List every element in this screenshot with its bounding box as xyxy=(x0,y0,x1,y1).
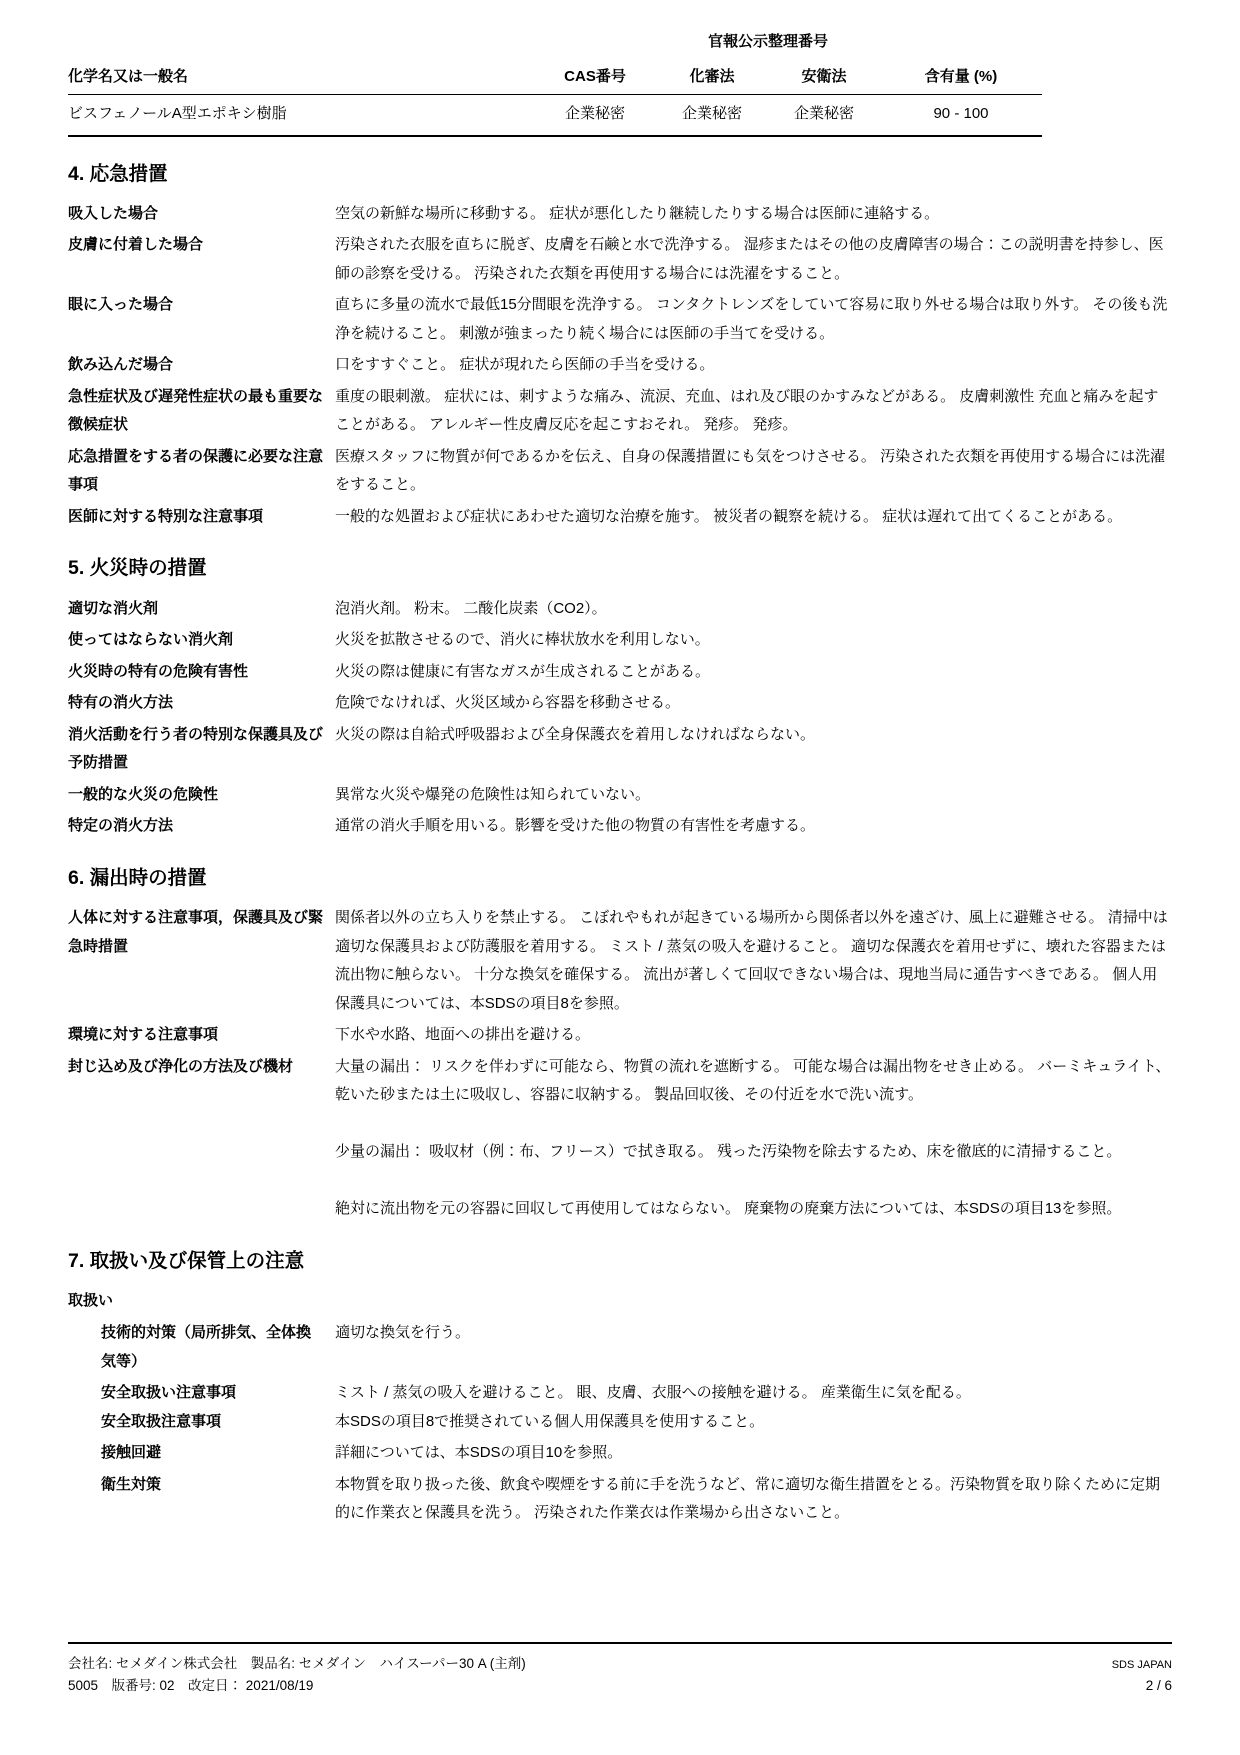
row-value: 火災の際は健康に有害なガスが生成されることがある。 xyxy=(335,658,1172,687)
gazette-header-row: 官報公示整理番号 xyxy=(68,28,1042,65)
footer-doc-revision: 5005 版番号: 02 改定日： 2021/08/19 xyxy=(68,1675,313,1697)
row-value: 適切な換気を行う。 xyxy=(335,1319,1172,1376)
column-cas: CAS番号 xyxy=(534,65,656,89)
sds-row: 封じ込め及び浄化の方法及び機材 大量の漏出： リスクを伴わずに可能なら、物質の流… xyxy=(68,1053,1172,1224)
row-value: 危険でなければ、火災区域から容器を移動させる。 xyxy=(335,689,1172,718)
sds-row: 消火活動を行う者の特別な保護具及び予防措置 火災の際は自給式呼吸器および全身保護… xyxy=(68,721,1172,778)
column-content: 含有量 (%) xyxy=(880,65,1042,89)
table-row: ビスフェノールA型エポキシ樹脂 企業秘密 企業秘密 企業秘密 90 - 100 xyxy=(68,95,1042,137)
sds-row: 接触回避 詳細については、本SDSの項目10を参照。 xyxy=(68,1439,1172,1468)
sds-row: 皮膚に付着した場合 汚染された衣服を直ちに脱ぎ、皮膚を石鹸と水で洗浄する。 湿疹… xyxy=(68,231,1172,288)
row-value: 一般的な処置および症状にあわせた適切な治療を施す。 被災者の観察を続ける。 症状… xyxy=(335,503,1172,532)
row-value: 火災を拡散させるので、消火に棒状放水を利用しない。 xyxy=(335,626,1172,655)
row-label: 特有の消火方法 xyxy=(68,689,335,718)
section-accidental-release: 6. 漏出時の措置 人体に対する注意事項，保護具及び緊急時措置 関係者以外の立ち… xyxy=(68,866,1172,1224)
row-label: 特定の消火方法 xyxy=(68,812,335,841)
row-label: 衛生対策 xyxy=(68,1471,335,1528)
row-value: 口をすすぐこと。 症状が現れたら医師の手当を受ける。 xyxy=(335,351,1172,380)
section-handling-storage: 7. 取扱い及び保管上の注意 取扱い 技術的対策（局所排気、全体換気等） 適切な… xyxy=(68,1249,1172,1528)
row-value: 空気の新鮮な場所に移動する。 症状が悪化したり継続したりする場合は医師に連絡する… xyxy=(335,200,1172,229)
sds-row: 技術的対策（局所排気、全体換気等） 適切な換気を行う。 xyxy=(68,1319,1172,1376)
sds-row: 吸入した場合 空気の新鮮な場所に移動する。 症状が悪化したり継続したりする場合は… xyxy=(68,200,1172,229)
row-label: 眼に入った場合 xyxy=(68,291,335,348)
row-label: 応急措置をする者の保護に必要な注意事項 xyxy=(68,443,335,500)
page-footer: 会社名: セメダイン株式会社 製品名: セメダイン ハイスーパー30 A (主剤… xyxy=(68,1642,1172,1696)
section-7-title: 7. 取扱い及び保管上の注意 xyxy=(68,1249,1172,1274)
section-fire-fighting: 5. 火災時の措置 適切な消火剤 泡消火剤。 粉末。 二酸化炭素（CO2）。 使… xyxy=(68,556,1172,840)
section-first-aid: 4. 応急措置 吸入した場合 空気の新鮮な場所に移動する。 症状が悪化したり継続… xyxy=(68,162,1172,532)
row-label: 火災時の特有の危険有害性 xyxy=(68,658,335,687)
row-label: 封じ込め及び浄化の方法及び機材 xyxy=(68,1053,335,1224)
sds-row: 適切な消火剤 泡消火剤。 粉末。 二酸化炭素（CO2）。 xyxy=(68,595,1172,624)
footer-company-product: 会社名: セメダイン株式会社 製品名: セメダイン ハイスーパー30 A (主剤… xyxy=(68,1653,526,1675)
footer-page-number: 2 / 6 xyxy=(1146,1675,1172,1697)
row-label: 医師に対する特別な注意事項 xyxy=(68,503,335,532)
column-chemical-name: 化学名又は一般名 xyxy=(68,65,534,89)
section-5-title: 5. 火災時の措置 xyxy=(68,556,1172,581)
row-label: 安全取扱い注意事項 安全取扱注意事項 xyxy=(68,1379,335,1436)
page-content: 官報公示整理番号 化学名又は一般名 CAS番号 化審法 安衛法 含有量 (%) … xyxy=(0,0,1240,1528)
column-anneiho: 安衛法 xyxy=(768,65,880,89)
sds-row: 一般的な火災の危険性 異常な火災や爆発の危険性は知られていない。 xyxy=(68,781,1172,810)
row-label: 技術的対策（局所排気、全体換気等） xyxy=(68,1319,335,1376)
row-label: 一般的な火災の危険性 xyxy=(68,781,335,810)
cell-cas: 企業秘密 xyxy=(534,102,656,126)
sds-row: 衛生対策 本物質を取り扱った後、飲食や喫煙をする前に手を洗うなど、常に適切な衛生… xyxy=(68,1471,1172,1528)
cell-content: 90 - 100 xyxy=(880,102,1042,126)
gazette-number-header: 官報公示整理番号 xyxy=(656,28,880,65)
sds-row: 特有の消火方法 危険でなければ、火災区域から容器を移動させる。 xyxy=(68,689,1172,718)
row-value: 下水や水路、地面への排出を避ける。 xyxy=(335,1021,1172,1050)
row-label: 吸入した場合 xyxy=(68,200,335,229)
row-value: ミスト / 蒸気の吸入を避けること。 眼、皮膚、衣服への接触を避ける。 産業衛生… xyxy=(335,1379,1172,1436)
row-value: 本物質を取り扱った後、飲食や喫煙をする前に手を洗うなど、常に適切な衛生措置をとる… xyxy=(335,1471,1172,1528)
row-label: 使ってはならない消火剤 xyxy=(68,626,335,655)
sds-document-page: 官報公示整理番号 化学名又は一般名 CAS番号 化審法 安衛法 含有量 (%) … xyxy=(0,0,1240,1755)
row-value: 大量の漏出： リスクを伴わずに可能なら、物質の流れを遮断する。 可能な場合は漏出… xyxy=(335,1053,1172,1224)
sds-row: 眼に入った場合 直ちに多量の流水で最低15分間眼を洗浄する。 コンタクトレンズを… xyxy=(68,291,1172,348)
row-label: 接触回避 xyxy=(68,1439,335,1468)
sds-row: 使ってはならない消火剤 火災を拡散させるので、消火に棒状放水を利用しない。 xyxy=(68,626,1172,655)
column-kashinho: 化審法 xyxy=(656,65,768,89)
cell-kashinho: 企業秘密 xyxy=(656,102,768,126)
composition-table: 官報公示整理番号 化学名又は一般名 CAS番号 化審法 安衛法 含有量 (%) … xyxy=(68,28,1042,137)
table-header-row: 化学名又は一般名 CAS番号 化審法 安衛法 含有量 (%) xyxy=(68,65,1042,95)
sds-row: 急性症状及び遅発性症状の最も重要な徴候症状 重度の眼刺激。 症状には、刺すような… xyxy=(68,383,1172,440)
sds-row: 飲み込んだ場合 口をすすぐこと。 症状が現れたら医師の手当を受ける。 xyxy=(68,351,1172,380)
row-label: 人体に対する注意事項，保護具及び緊急時措置 xyxy=(68,904,335,1018)
footer-sds-region: SDS JAPAN xyxy=(1112,1657,1172,1675)
sds-row: 火災時の特有の危険有害性 火災の際は健康に有害なガスが生成されることがある。 xyxy=(68,658,1172,687)
row-label: 消火活動を行う者の特別な保護具及び予防措置 xyxy=(68,721,335,778)
cell-anneiho: 企業秘密 xyxy=(768,102,880,126)
row-label: 環境に対する注意事項 xyxy=(68,1021,335,1050)
sds-row: 医師に対する特別な注意事項 一般的な処置および症状にあわせた適切な治療を施す。 … xyxy=(68,503,1172,532)
row-value: 火災の際は自給式呼吸器および全身保護衣を着用しなければならない。 xyxy=(335,721,1172,778)
cell-chemical-name: ビスフェノールA型エポキシ樹脂 xyxy=(68,102,534,126)
section-6-title: 6. 漏出時の措置 xyxy=(68,866,1172,891)
row-value: 泡消火剤。 粉末。 二酸化炭素（CO2）。 xyxy=(335,595,1172,624)
sds-row: 応急措置をする者の保護に必要な注意事項 医療スタッフに物質が何であるかを伝え、自… xyxy=(68,443,1172,500)
sds-row: 人体に対する注意事項，保護具及び緊急時措置 関係者以外の立ち入りを禁止する。 こ… xyxy=(68,904,1172,1018)
row-value: 異常な火災や爆発の危険性は知られていない。 xyxy=(335,781,1172,810)
handling-subheader: 取扱い xyxy=(68,1287,1172,1316)
row-value: 重度の眼刺激。 症状には、刺すような痛み、流涙、充血、はれ及び眼のかすみなどがあ… xyxy=(335,383,1172,440)
row-value: 関係者以外の立ち入りを禁止する。 こぼれやもれが起きている場所から関係者以外を遠… xyxy=(335,904,1172,1018)
row-value: 詳細については、本SDSの項目10を参照。 xyxy=(335,1439,1172,1468)
row-value: 通常の消火手順を用いる。影響を受けた他の物質の有害性を考慮する。 xyxy=(335,812,1172,841)
row-value: 医療スタッフに物質が何であるかを伝え、自身の保護措置にも気をつけさせる。 汚染さ… xyxy=(335,443,1172,500)
row-value: 汚染された衣服を直ちに脱ぎ、皮膚を石鹸と水で洗浄する。 湿疹またはその他の皮膚障… xyxy=(335,231,1172,288)
row-value: 直ちに多量の流水で最低15分間眼を洗浄する。 コンタクトレンズをしていて容易に取… xyxy=(335,291,1172,348)
row-label: 飲み込んだ場合 xyxy=(68,351,335,380)
sds-row: 安全取扱い注意事項 安全取扱注意事項 ミスト / 蒸気の吸入を避けること。 眼、… xyxy=(68,1379,1172,1436)
row-label: 適切な消火剤 xyxy=(68,595,335,624)
sds-row: 環境に対する注意事項 下水や水路、地面への排出を避ける。 xyxy=(68,1021,1172,1050)
sds-row: 特定の消火方法 通常の消火手順を用いる。影響を受けた他の物質の有害性を考慮する。 xyxy=(68,812,1172,841)
row-label: 皮膚に付着した場合 xyxy=(68,231,335,288)
section-4-title: 4. 応急措置 xyxy=(68,162,1172,187)
row-label: 急性症状及び遅発性症状の最も重要な徴候症状 xyxy=(68,383,335,440)
